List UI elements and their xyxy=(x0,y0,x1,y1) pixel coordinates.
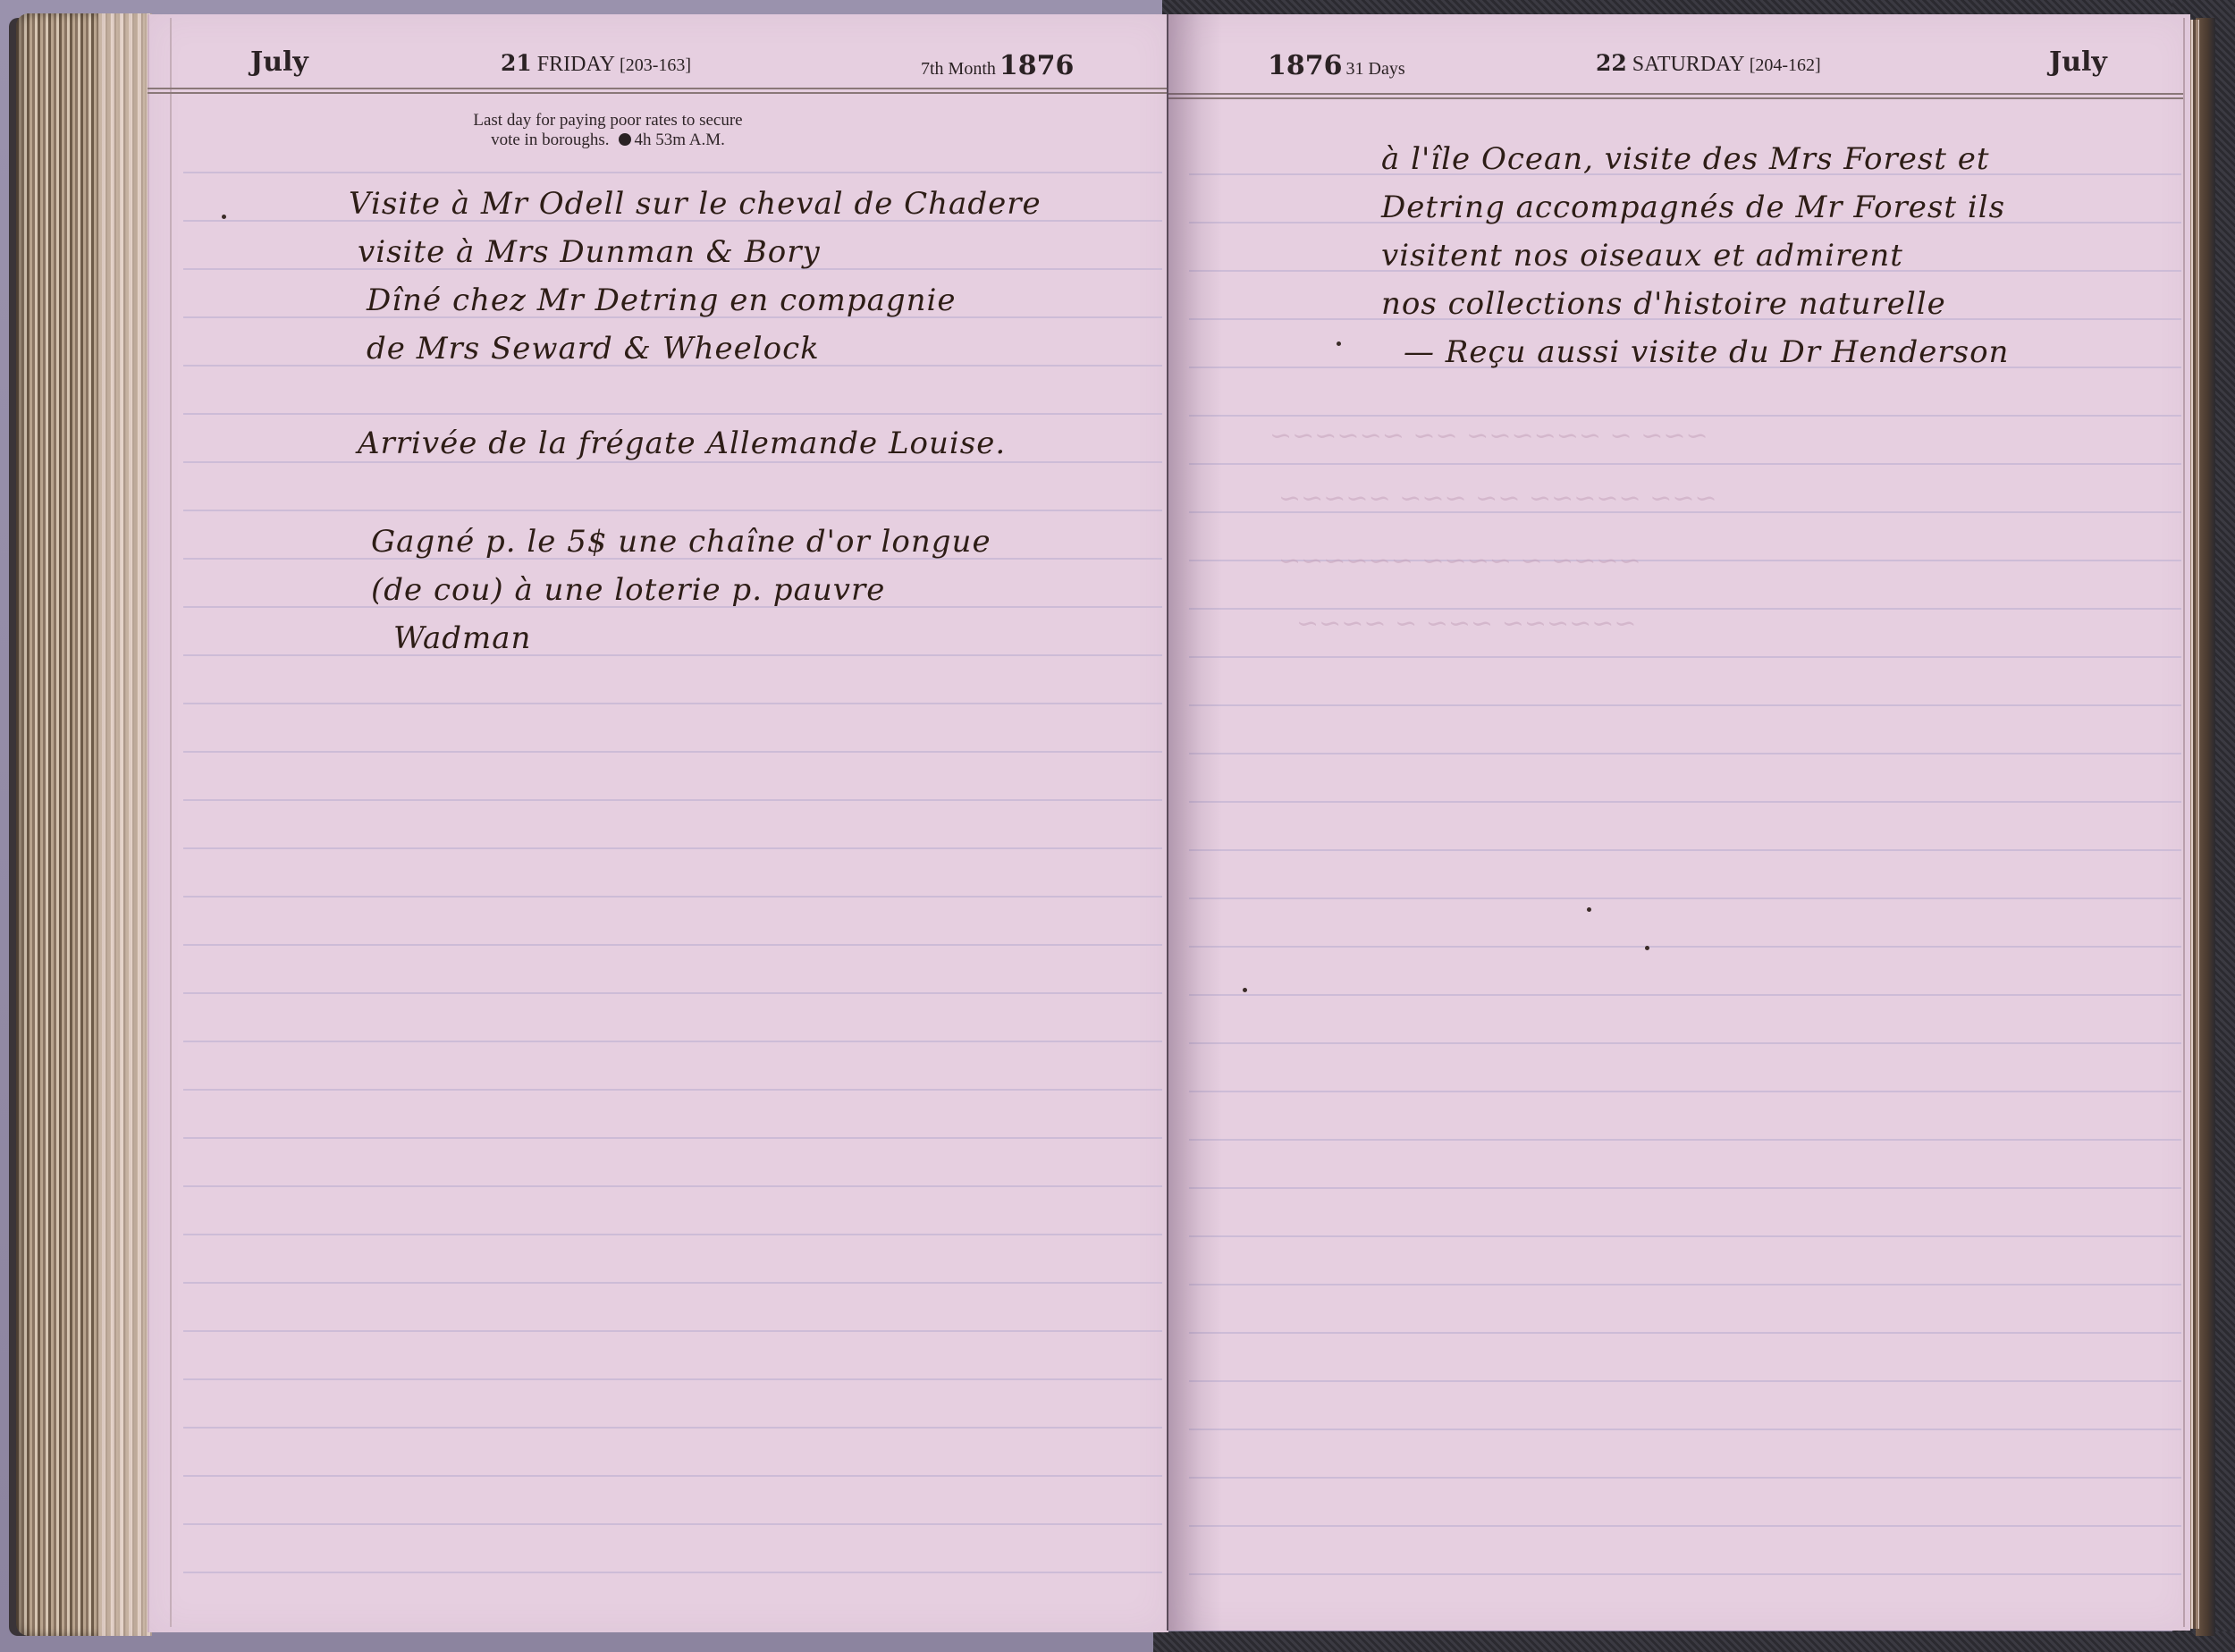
left-page-margin-line xyxy=(170,18,172,1627)
paper-speck xyxy=(1645,946,1649,950)
left-header-date: 21 FRIDAY [203-163] xyxy=(501,50,691,77)
bleed-through-text: ~~~ ~ ~~~~~~ ~~ ~~~~~~ xyxy=(1269,420,1708,451)
handwriting-line: Gagné p. le 5$ une chaîne d'or longue xyxy=(371,524,991,560)
handwriting-line: Wadman xyxy=(393,620,531,656)
right-header-month: July xyxy=(2049,46,2107,78)
cover-bottom-edge xyxy=(1153,1631,2235,1652)
handwriting-line: — Reçu aussi visite du Dr Henderson xyxy=(1404,334,2009,370)
paper-speck xyxy=(1243,988,1247,992)
handwriting-line: à l'île Ocean, visite des Mrs Forest et xyxy=(1381,141,1990,177)
bleed-through-text: ~~~~ ~ ~~~~ ~~~~~~ xyxy=(1278,545,1641,577)
right-header-date: 22 SATURDAY [204-162] xyxy=(1596,50,1821,77)
page-edges-left-inner xyxy=(98,13,152,1636)
handwriting-line: nos collections d'histoire naturelle xyxy=(1381,286,1946,322)
right-days-in-month: 31 Days xyxy=(1346,59,1405,79)
right-day-counts: [204-162] xyxy=(1750,55,1821,75)
paper-speck xyxy=(1337,341,1341,346)
handwriting-line: Arrivée de la frégate Allemande Louise. xyxy=(358,426,1006,461)
handwriting-line: visite à Mrs Dunman & Bory xyxy=(358,234,821,270)
printed-note-line1: Last day for paying poor rates to secure xyxy=(384,111,831,131)
handwriting-line: visitent nos oiseaux et admirent xyxy=(1381,238,1903,274)
bleed-through-text: ~~~ ~~~~~ ~~ ~~~ ~~~~~ xyxy=(1278,483,1717,514)
book-gutter xyxy=(1167,14,1168,1631)
left-month-ordinal: 7th Month xyxy=(921,59,996,79)
left-header-rule xyxy=(148,88,1167,94)
printed-note: Last day for paying poor rates to secure… xyxy=(384,111,831,150)
bleed-through-text: ~~~~~~ ~~~ ~ ~~~~ xyxy=(1296,608,1637,639)
left-header-month-year: 7th Month 1876 xyxy=(921,50,1074,81)
handwriting-line: Visite à Mr Odell sur le cheval de Chade… xyxy=(349,186,1042,222)
left-day-number: 21 xyxy=(501,50,532,76)
handwriting-line: Detring accompagnés de Mr Forest ils xyxy=(1381,190,2005,225)
right-page-margin-line xyxy=(2183,18,2185,1627)
right-header-year-days: 1876 31 Days xyxy=(1268,50,1405,81)
handwriting-line: (de cou) à une loterie p. pauvre xyxy=(371,572,885,608)
handwriting-line: de Mrs Seward & Wheelock xyxy=(367,331,820,367)
paper-speck xyxy=(1587,907,1591,912)
new-moon-icon xyxy=(619,133,631,146)
paper-speck xyxy=(222,215,226,219)
printed-note-line2: vote in boroughs.4h 53m A.M. xyxy=(384,131,831,150)
right-day-name: SATURDAY xyxy=(1632,53,1744,76)
handwriting-line: Dîné chez Mr Detring en compagnie xyxy=(367,282,957,318)
right-day-number: 22 xyxy=(1596,50,1627,76)
left-header-month: July xyxy=(250,46,308,78)
left-day-name: FRIDAY xyxy=(537,53,614,76)
right-header-rule xyxy=(1168,93,2183,99)
left-day-counts: [203-163] xyxy=(620,55,691,75)
left-year: 1876 xyxy=(999,50,1075,81)
moon-time: 4h 53m A.M. xyxy=(635,131,725,149)
right-year: 1876 xyxy=(1268,50,1343,81)
